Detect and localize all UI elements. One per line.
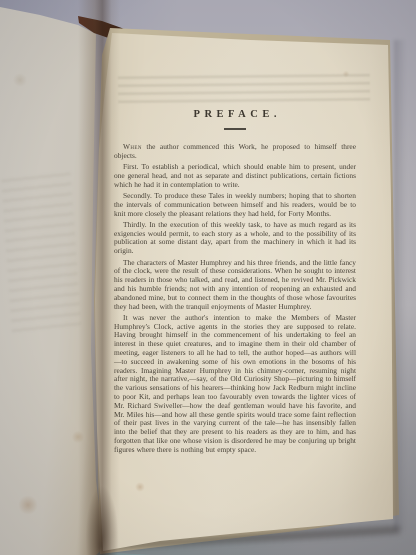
preface-page: PREFACE. When the author commenced this … [92,30,404,555]
preface-title: PREFACE. [114,109,356,120]
paragraph-lead-word: When [123,142,142,151]
heading-rule [224,128,246,130]
preface-body: When the author commenced this Work, he … [114,143,356,455]
preface-paragraph: Secondly. To produce these Tales in week… [114,192,356,218]
preface-paragraph: When the author commenced this Work, he … [114,143,356,161]
preface-paragraph: It was never the author's intention to m… [114,314,356,455]
page-right-shadow [394,40,406,530]
preface-paragraph: Thirdly. In the execution of this weekly… [114,221,356,256]
preface-paragraph: First. To establish a periodical, which … [114,163,356,189]
show-through-text [118,69,370,106]
book-photo: PREFACE. When the author commenced this … [0,0,416,555]
show-through-text [1,168,82,332]
paragraph-text: the author commenced this Work, he propo… [114,142,356,160]
preface-paragraph: The characters of Master Humphrey and hi… [114,259,356,312]
gutter-shadow-bottom [84,470,120,555]
preface-text-block: PREFACE. When the author commenced this … [114,109,356,457]
